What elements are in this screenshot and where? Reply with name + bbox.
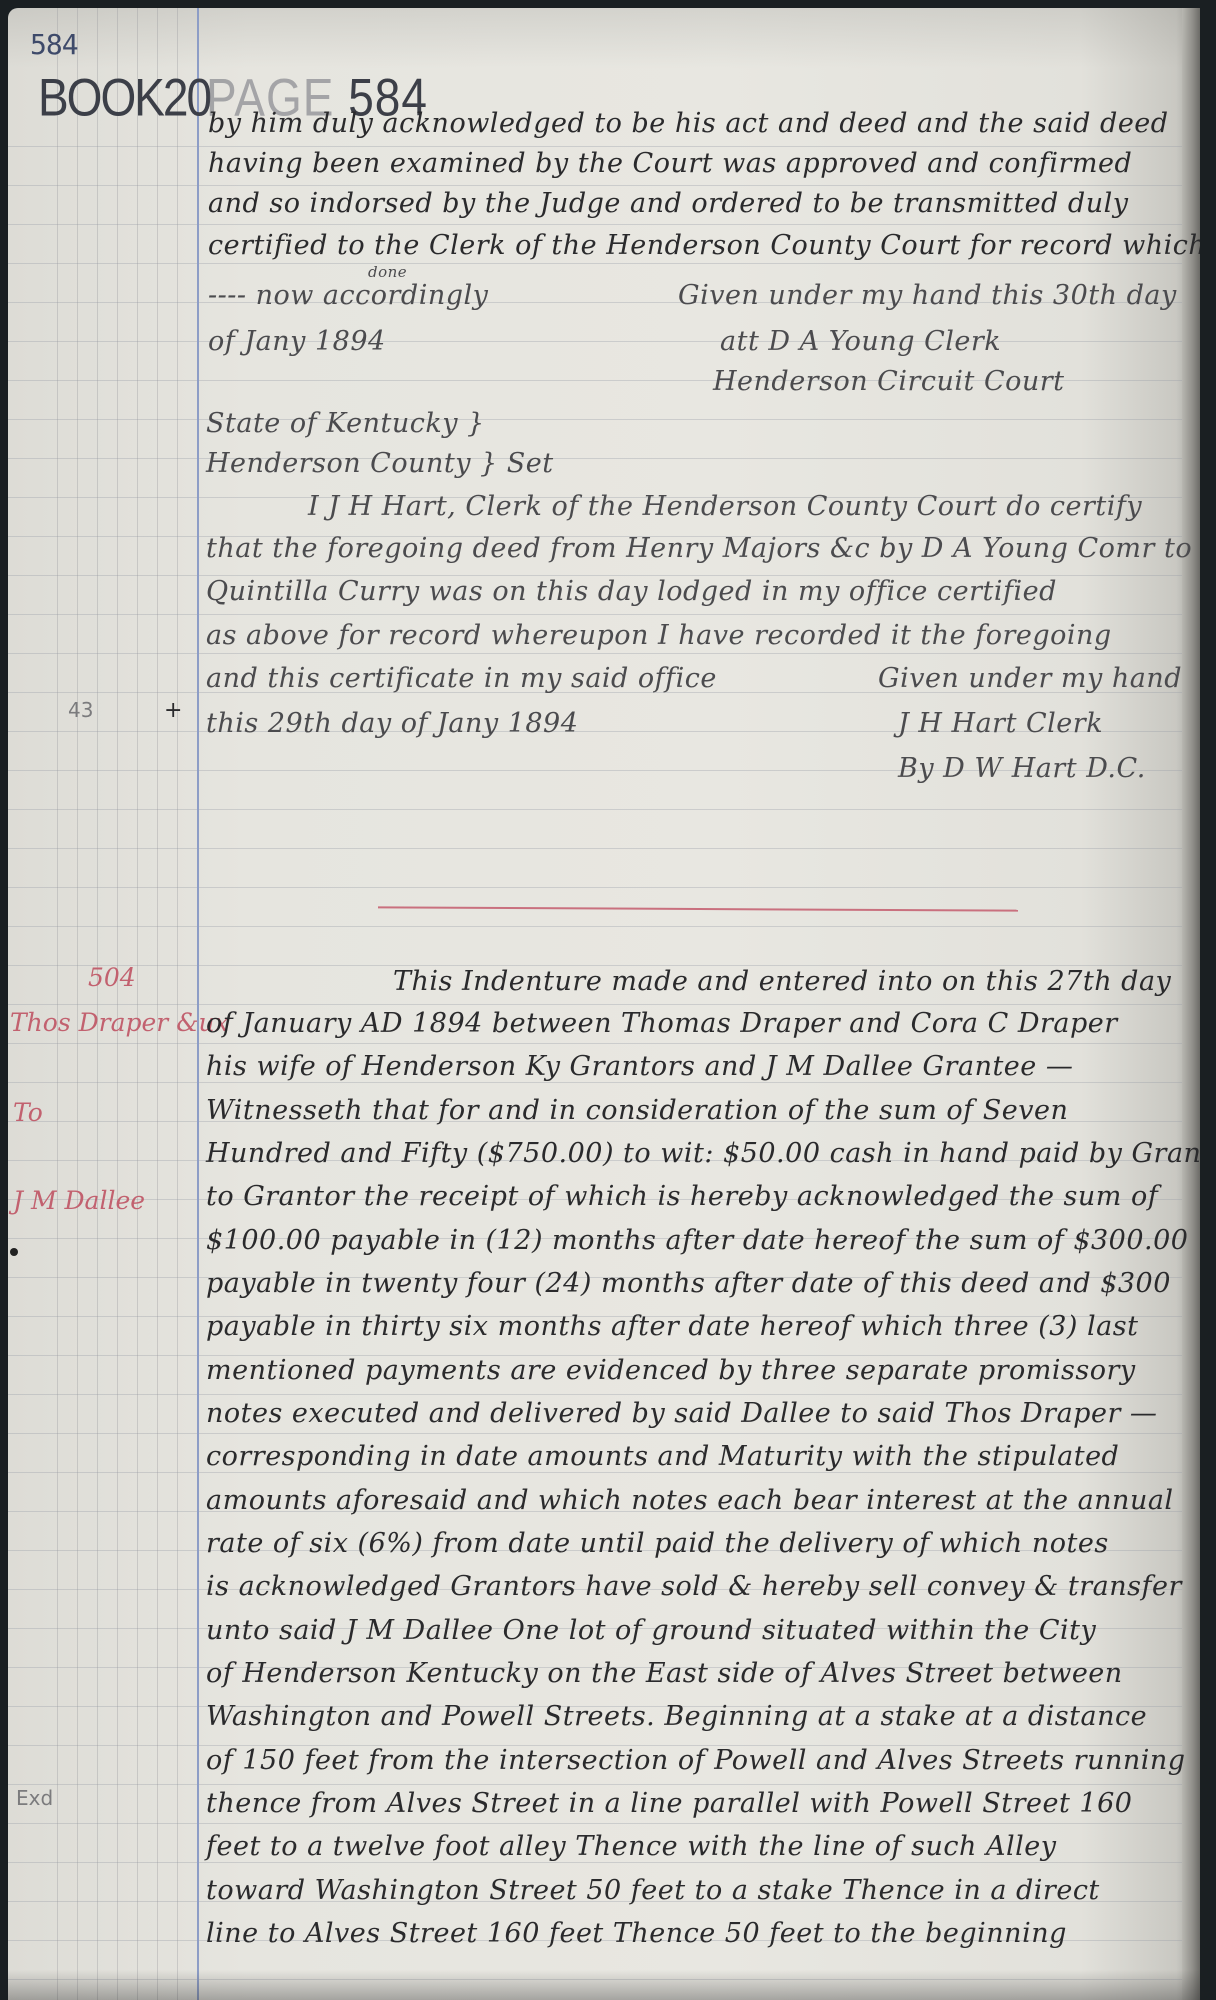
heading-line: State of Kentucky } (206, 408, 485, 439)
text-line: line to Alves Street 160 feet Thence 50 … (206, 1918, 1067, 1949)
text-line: notes executed and delivered by said Dal… (206, 1398, 1157, 1429)
text-line: and this certificate in my said office (206, 663, 717, 694)
text-line: thence from Alves Street in a line paral… (206, 1788, 1132, 1819)
page-bottom-shadow (8, 1970, 1200, 2000)
text-line: payable in thirty six months after date … (206, 1311, 1138, 1342)
signature-line: Henderson Circuit Court (713, 366, 1065, 397)
signature-line: J H Hart Clerk (898, 708, 1103, 739)
given-under-hand: Given under my hand (878, 663, 1182, 694)
margin-grantor: Thos Draper &ux (10, 1008, 229, 1037)
text-line: mentioned payments are evidenced by thre… (206, 1355, 1136, 1386)
text-line: is acknowledged Grantors have sold & her… (206, 1571, 1182, 1602)
text-line: I J H Hart, Clerk of the Henderson Count… (308, 491, 1142, 522)
text-line: Washington and Powell Streets. Beginning… (206, 1701, 1147, 1732)
text-line: his wife of Henderson Ky Grantors and J … (206, 1051, 1073, 1082)
text-line: of Henderson Kentucky on the East side o… (206, 1658, 1123, 1689)
signature-line: att D A Young Clerk (720, 326, 1001, 357)
text-line: to Grantor the receipt of which is hereb… (206, 1181, 1158, 1212)
text-line: of 150 feet from the intersection of Pow… (206, 1745, 1186, 1776)
text-line: certified to the Clerk of the Henderson … (208, 230, 1200, 261)
text-line: as above for record whereupon I have rec… (206, 620, 1112, 651)
text-line: feet to a twelve foot alley Thence with … (206, 1831, 1056, 1862)
text-line: Witnesseth that for and in consideration… (206, 1095, 1068, 1126)
margin-mark: + (164, 698, 182, 723)
insertion-text: done (368, 263, 407, 281)
text-line: unto said J M Dallee One lot of ground s… (206, 1615, 1096, 1646)
margin-record-number: 504 (88, 963, 136, 992)
binding-hole (10, 1248, 18, 1256)
signature-line: By D W Hart D.C. (898, 753, 1146, 784)
text-line: having been examined by the Court was ap… (208, 148, 1132, 179)
text-line: this 29th day of Jany 1894 (206, 708, 578, 739)
text-line: $100.00 payable in (12) months after dat… (206, 1225, 1188, 1256)
text-line: by him duly acknowledged to be his act a… (208, 108, 1169, 139)
margin-grantee: J M Dallee (13, 1186, 145, 1215)
margin-ledger-columns (38, 8, 198, 2000)
text-line: payable in twenty four (24) months after… (206, 1268, 1171, 1299)
text-line: corresponding in date amounts and Maturi… (206, 1441, 1119, 1472)
text-line: of January AD 1894 between Thomas Draper… (206, 1008, 1118, 1039)
margin-to: To (13, 1098, 43, 1127)
book-stamp: BOOK20 (38, 66, 210, 128)
ledger-page: 584 BOOK20 PAGE 584 by him duly acknowle… (8, 8, 1200, 2000)
margin-pencil-note: 43 (68, 698, 93, 722)
text-line: Quintilla Curry was on this day lodged i… (206, 576, 1057, 607)
heading-line: Henderson County } Set (206, 448, 554, 479)
page-binding-edge (1182, 8, 1200, 2000)
given-under-hand: Given under my hand this 30th day (678, 280, 1177, 311)
text-line: that the foregoing deed from Henry Major… (206, 533, 1192, 564)
blue-margin-rule (197, 8, 199, 2000)
page-number-stamp: 584 (30, 28, 78, 61)
text-line: amounts aforesaid and which notes each b… (206, 1485, 1174, 1516)
text-line: Hundred and Fifty ($750.00) to wit: $50.… (206, 1138, 1200, 1169)
margin-pencil-examined: Exd (16, 1786, 53, 1810)
text-line: of Jany 1894 (208, 326, 386, 357)
text-line: and so indorsed by the Judge and ordered… (208, 188, 1128, 219)
text-line: rate of six (6%) from date until paid th… (206, 1528, 1109, 1559)
text-line: ---- now accordingly (208, 280, 488, 311)
text-line: This Indenture made and entered into on … (393, 966, 1171, 997)
text-line: toward Washington Street 50 feet to a st… (206, 1875, 1100, 1906)
